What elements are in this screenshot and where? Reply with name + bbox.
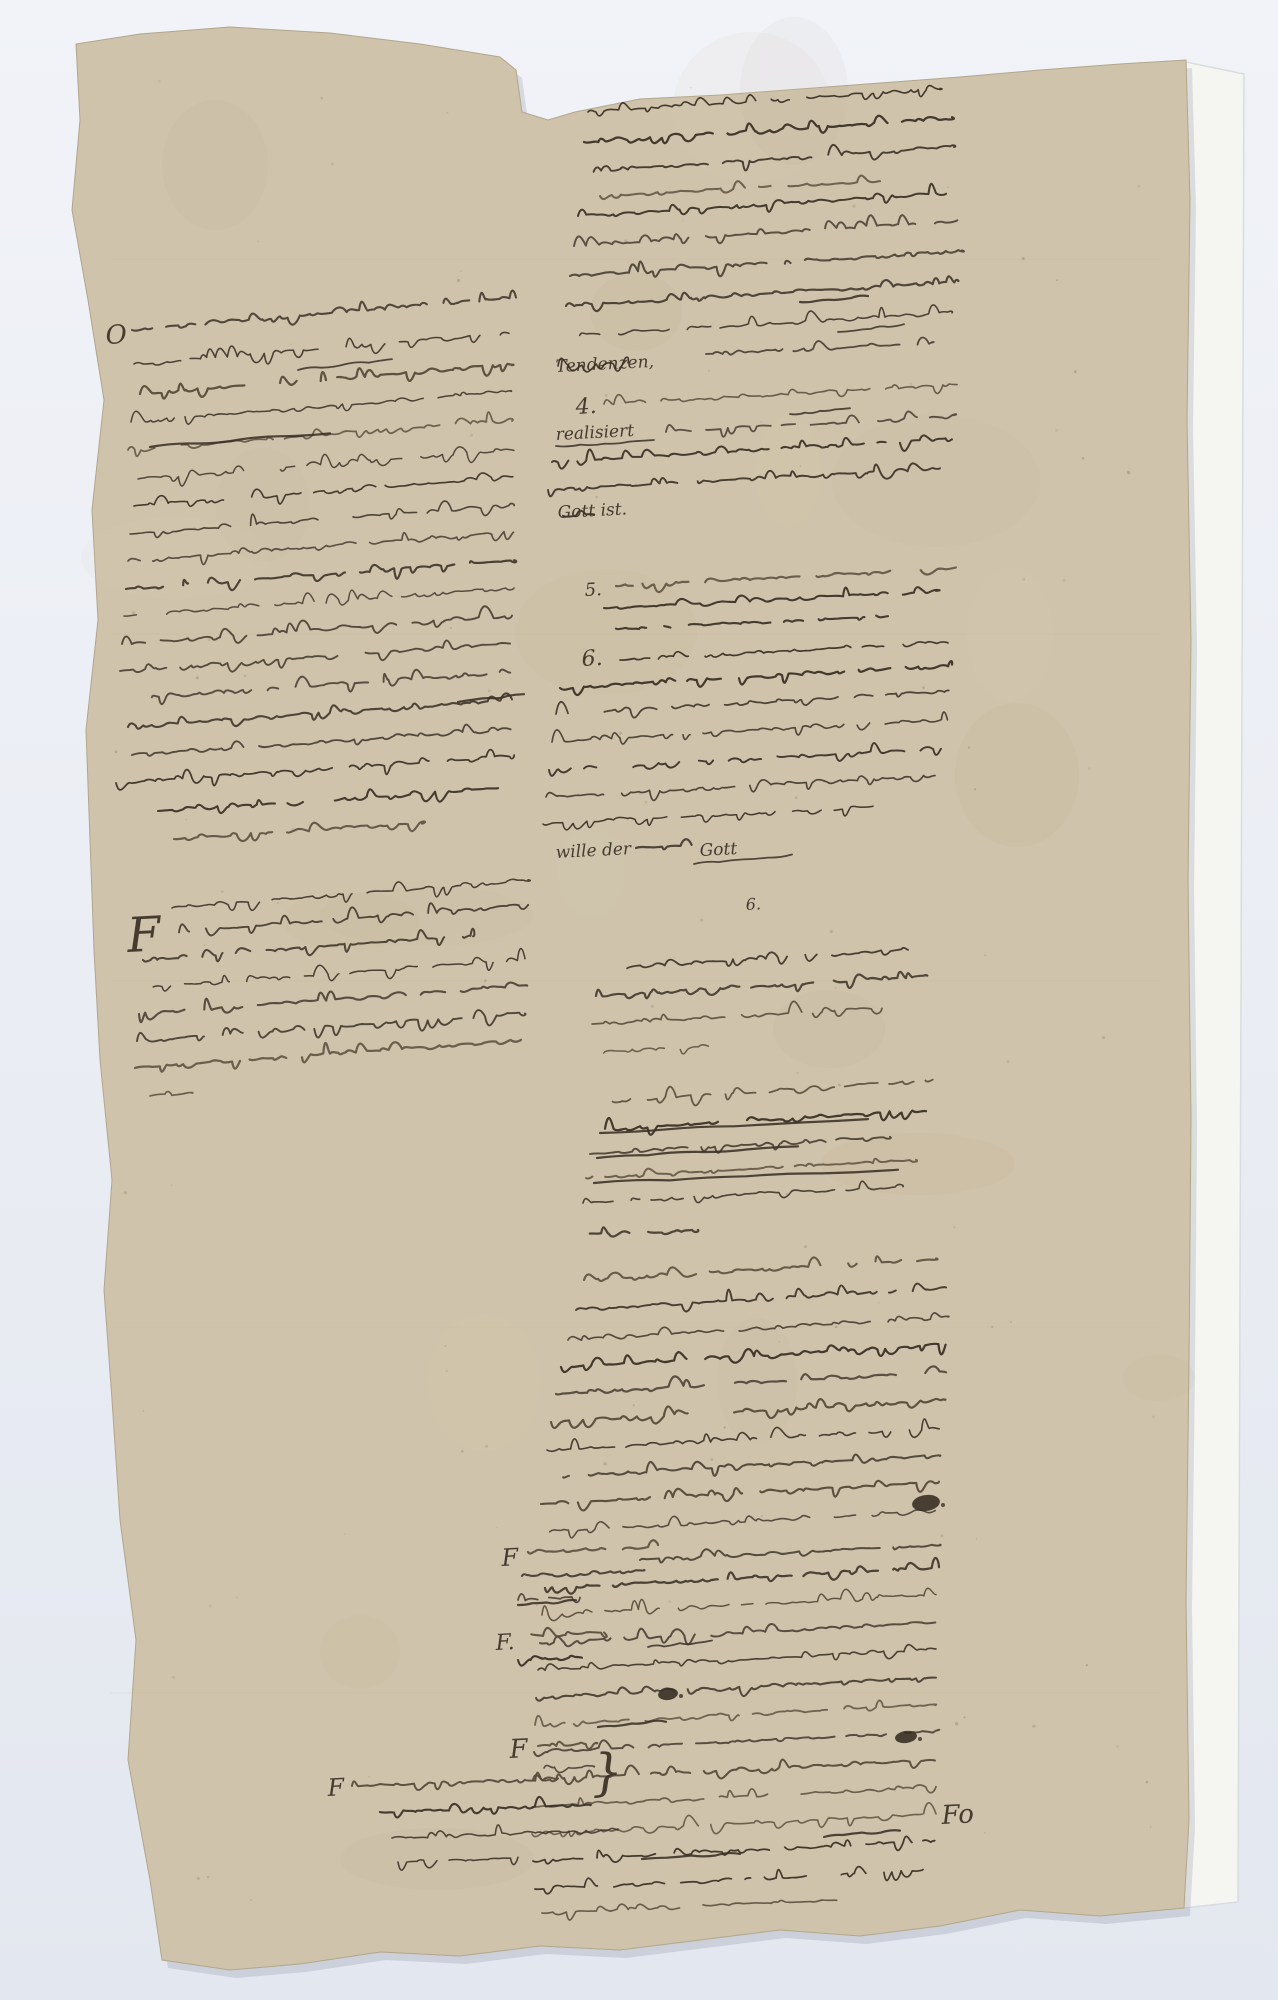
legible-word: wille der [555, 839, 632, 863]
legible-word: F [500, 1543, 520, 1572]
legible-word: O [105, 320, 128, 351]
legible-word: F [125, 906, 164, 964]
legible-word: 5. [584, 579, 602, 601]
legible-word: F. [494, 1630, 515, 1656]
manuscript-scan: O4.5.6.6.FFF.F}FFoTendenzen,realisiertGo… [0, 0, 1278, 2000]
legible-word: 4. [574, 394, 597, 420]
legible-word: 6. [581, 646, 603, 672]
legible-word: realisiert [555, 421, 634, 445]
legible-word: Gott [699, 839, 738, 861]
legible-word: 6. [745, 894, 761, 914]
legible-word: F [508, 1734, 530, 1765]
legible-word: Fo [940, 1799, 975, 1831]
scanner-background: O4.5.6.6.FFF.F}FFoTendenzen,realisiertGo… [0, 0, 1278, 2000]
legible-word: F [326, 1773, 346, 1802]
legible-word: } [590, 1742, 625, 1802]
legible-word: Gott ist. [557, 499, 627, 523]
